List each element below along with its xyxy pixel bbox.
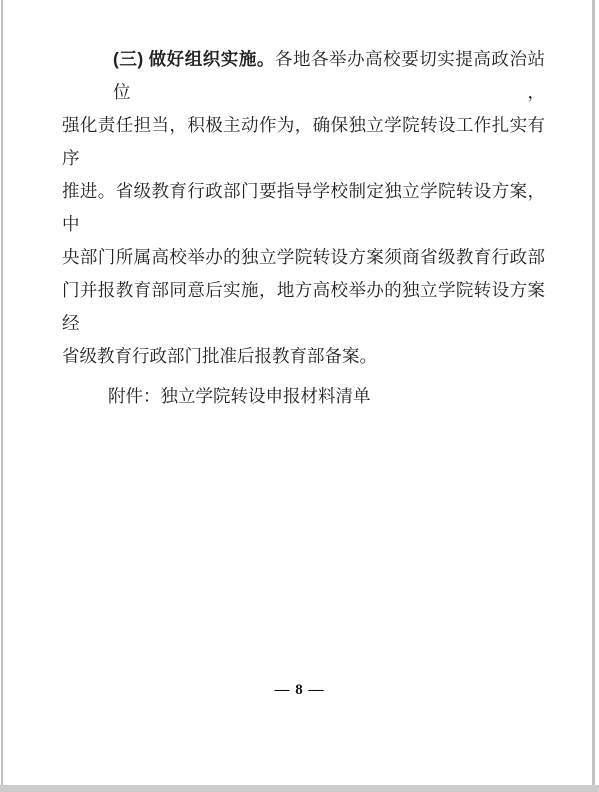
paragraph-line: 推进。省级教育行政部门要指导学校制定独立学院转设方案，中 xyxy=(62,175,545,241)
paragraph-line: 强化责任担当，积极主动作为，确保独立学院转设工作扎实有序 xyxy=(62,109,545,175)
paragraph-line: 央部门所属高校举办的独立学院转设方案须商省级教育行政部 xyxy=(62,241,545,274)
document-page: (三) 做好组织实施。各地各举办高校要切实提高政治站位， 强化责任担当，积极主动… xyxy=(0,0,599,792)
page-right-border xyxy=(592,0,595,792)
paragraph-line: 省级教育行政部门批准后报教育部备案。 xyxy=(62,340,545,373)
paragraph-line: 门并报教育部同意后实施，地方高校举办的独立学院转设方案经 xyxy=(62,274,545,340)
paragraph-heading-bold: (三) 做好组织实施。 xyxy=(113,49,275,69)
paragraph-line: (三) 做好组织实施。各地各举办高校要切实提高政治站位， xyxy=(62,43,545,109)
attachment-note: 附件：独立学院转设申报材料清单 xyxy=(62,380,545,413)
page-number: — 8 — xyxy=(0,680,599,700)
document-text-block: (三) 做好组织实施。各地各举办高校要切实提高政治站位， 强化责任担当，积极主动… xyxy=(62,43,545,413)
page-left-border xyxy=(1,0,3,792)
viewer-background-strip xyxy=(0,785,599,792)
